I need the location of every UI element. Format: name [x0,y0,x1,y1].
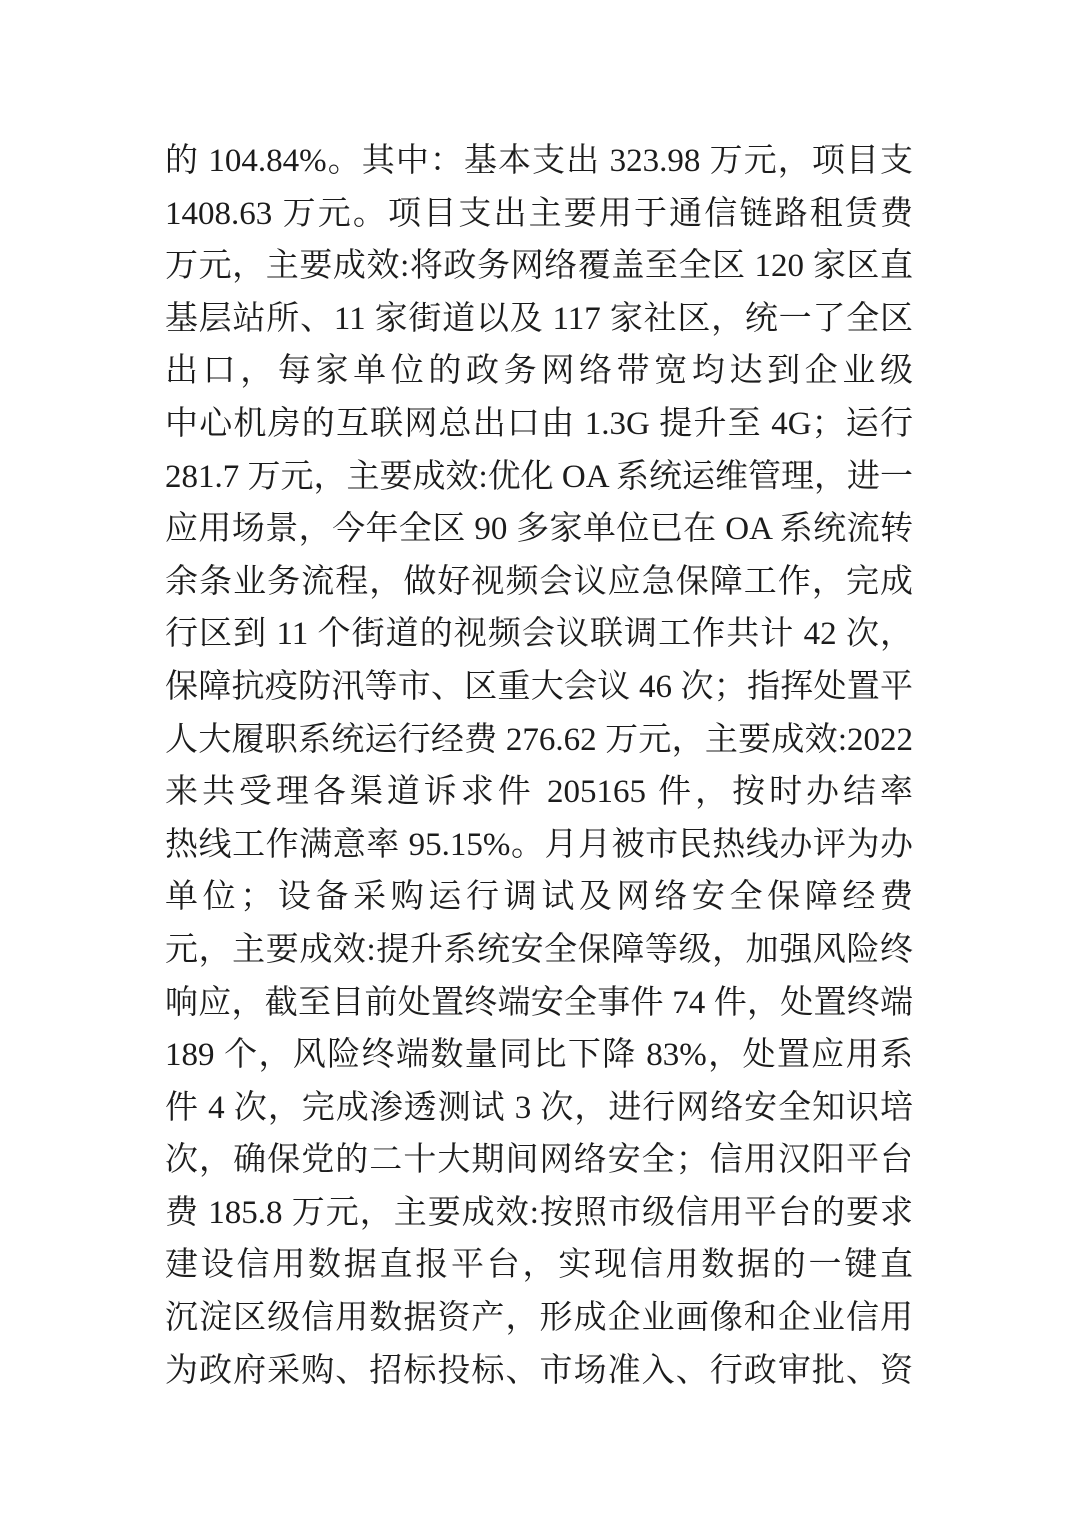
text-line: 万元，主要成效:将政务网络覆盖至全区 120 家区直单位及 [165,240,913,293]
text-line: 189 个，风险终端数量同比下降 83%，处置应用系统安全事 [165,1029,913,1082]
text-line: 次，确保党的二十大期间网络安全；信用汉阳平台建设经 [165,1134,913,1187]
text-line: 1408.63 万元。项目支出主要用于通信链路租赁费 404.73 [165,188,913,241]
text-line: 基层站所、11 家街道以及 117 家社区，统一了全区互联网 [165,293,913,346]
text-line: 沉淀区级信用数据资产，形成企业画像和企业信用报告。 [165,1292,913,1345]
text-line: 人大履职系统运行经费 276.62 万元，主要成效:2022 年以 [165,714,913,767]
text-line: 281.7 万元，主要成效:优化 OA 系统运维管理，进一步挖掘 [165,451,913,504]
text-line: 保障抗疫防汛等市、区重大会议 46 次；指挥处置平台及区 [165,661,913,714]
text-line: 的 104.84%。其中：基本支出 323.98 万元，项目支出 [165,135,913,188]
text-line: 余条业务流程，做好视频会议应急保障工作，完成每周例 [165,556,913,609]
text-line: 来共受理各渠道诉求件 205165 件，按时办结率 100%，市民 [165,766,913,819]
text-line: 行区到 11 个街道的视频会议联调工作共计 42 次，全天候 [165,608,913,661]
document-page: 的 104.84%。其中：基本支出 323.98 万元，项目支出1408.63 … [0,0,1075,1521]
text-line: 单位；设备采购运行调试及网络安全保障经费 130.65 万 [165,871,913,924]
page-body-text: 的 104.84%。其中：基本支出 323.98 万元，项目支出1408.63 … [165,135,913,1397]
text-line: 元，主要成效:提升系统安全保障等级，加强风险终端安全 [165,924,913,977]
text-line: 费 185.8 万元，主要成效:按照市级信用平台的要求和规范 [165,1187,913,1240]
text-line: 出口，每家单位的政务网络带宽均达到企业级 100M，政府 [165,345,913,398]
text-line: 中心机房的互联网总出口由 1.3G 提升至 4G；运行维护费 [165,398,913,451]
text-line: 件 4 次，完成渗透测试 3 次，进行网络安全知识培训 2 [165,1082,913,1135]
text-line: 为政府采购、招标投标、市场准入、行政审批、资质审核 [165,1345,913,1398]
text-line: 响应，截至目前处置终端安全事件 74 件，处置终端数量 [165,977,913,1030]
text-line: 热线工作满意率 95.15%。月月被市民热线办评为办理优秀 [165,819,913,872]
text-line: 建设信用数据直报平台，实现信用数据的一键直报，同时 [165,1239,913,1292]
text-line: 应用场景，今年全区 90 多家单位已在 OA 系统流转约 6 万 [165,503,913,556]
